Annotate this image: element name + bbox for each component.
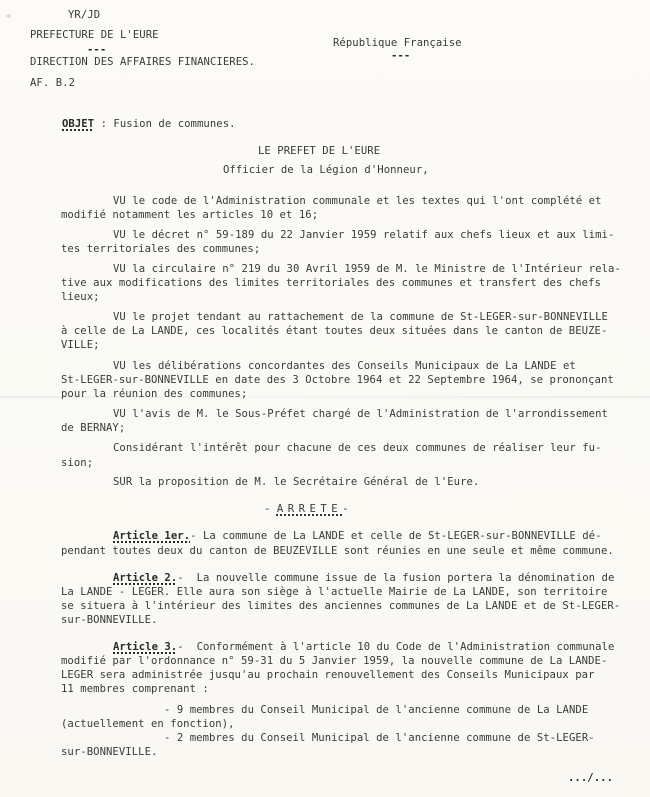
article-1-line-2: pendant toutes deux du canton de BEUZEVI… [61, 545, 614, 558]
article-3-line-1: Article 3.- Conformément à l'article 10 … [113, 641, 614, 654]
preamble-4-line-3: VILLE; [61, 339, 100, 352]
subject-text: : Fusion de communes. [94, 118, 235, 130]
article-3-line-2: modifié par l'ordonnance n° 59-31 du 5 J… [61, 655, 607, 668]
preamble-7-line-2: sion; [61, 457, 93, 470]
member-1-line-2: (actuellement en fonction), [61, 718, 235, 731]
preamble-3-line-3: lieux; [61, 291, 100, 304]
preamble-8-line-1: SUR la proposition de M. le Secrétaire G… [113, 476, 479, 489]
article-2-line-3: se situera à l'intérieur des limites des… [61, 600, 620, 613]
scanned-document-page: YR/JD PREFECTURE DE L'EURE --- DIRECTION… [0, 0, 650, 797]
preamble-2-line-2: tes territoriales des communes; [61, 243, 260, 256]
direction-name: DIRECTION DES AFFAIRES FINANCIERES. [30, 56, 255, 69]
member-1-line-1: - 9 membres du Conseil Municipal de l'an… [164, 704, 588, 717]
article-3-text: - Conformément à l'article 10 du Code de… [177, 641, 614, 653]
article-2-line-1: Article 2.- La nouvelle commune issue de… [113, 572, 614, 585]
prefect-title: LE PREFET DE L'EURE [258, 145, 380, 158]
paper-stain [6, 14, 11, 18]
article-2-text: - La nouvelle commune issue de la fusion… [177, 572, 614, 584]
continuation-marker: .../... [568, 772, 613, 785]
article-1-text: - La commune de La LANDE et celle de St-… [190, 530, 601, 542]
preamble-5-line-1: VU les délibérations concordantes des Co… [113, 360, 576, 373]
article-1-label: Article 1er. [113, 530, 190, 542]
preamble-6-line-1: VU l'avis de M. le Sous-Préfet chargé de… [113, 408, 608, 421]
preamble-1-line-2: modifié notamment les articles 10 et 16; [61, 209, 318, 222]
preamble-3-line-1: VU la circulaire n° 219 du 30 Avril 1959… [113, 263, 621, 276]
preamble-2-line-1: VU le décret n° 59-189 du 22 Janvier 195… [113, 229, 614, 242]
preamble-3-line-2: tive aux modifications des limites terri… [61, 277, 601, 290]
article-2-line-2: La LANDE - LEGER. Elle aura son siège à … [61, 586, 607, 599]
article-3-line-4: 11 membres comprenant : [61, 683, 209, 696]
subject-label: OBJET [62, 118, 94, 130]
author-initials: YR/JD [68, 9, 100, 22]
article-3-line-3: LEGER sera administrée jusqu'au prochain… [61, 669, 595, 682]
article-1-line-1: Article 1er.- La commune de La LANDE et … [113, 530, 602, 543]
prefect-honour: Officier de la Légion d'Honneur, [223, 164, 429, 177]
article-2-line-4: sur-BONNEVILLE. [61, 614, 157, 627]
preamble-4-line-2: à celle de La LANDE, ces localités étant… [61, 325, 607, 338]
decision-heading-text: ARRETE [277, 503, 342, 515]
republic-label: République Française [333, 37, 462, 50]
preamble-6-line-2: de BERNAY; [61, 422, 125, 435]
preamble-5-line-3: pour la réunion des communes; [61, 388, 247, 401]
prefecture-name: PREFECTURE DE L'EURE [30, 29, 159, 42]
article-2-label: Article 2. [113, 572, 177, 584]
preamble-1-line-1: VU le code de l'Administration communale… [113, 195, 602, 208]
reference-code: AF. B.2 [30, 77, 75, 90]
preamble-5-line-2: St-LEGER-sur-BONNEVILLE en date des 3 Oc… [61, 374, 614, 387]
preamble-4-line-1: VU le projet tendant au rattachement de … [113, 311, 608, 324]
member-2-line-1: - 2 membres du Conseil Municipal de l'an… [164, 732, 595, 745]
article-3-label: Article 3. [113, 641, 177, 653]
member-2-line-2: sur-BONNEVILLE. [61, 746, 157, 759]
preamble-7-line-1: Considérant l'intérêt pour chacune de ce… [113, 442, 602, 455]
republic-separator: --- [391, 50, 410, 63]
subject-line: OBJET : Fusion de communes. [62, 118, 236, 131]
decision-heading: - ARRETE- [264, 503, 349, 516]
